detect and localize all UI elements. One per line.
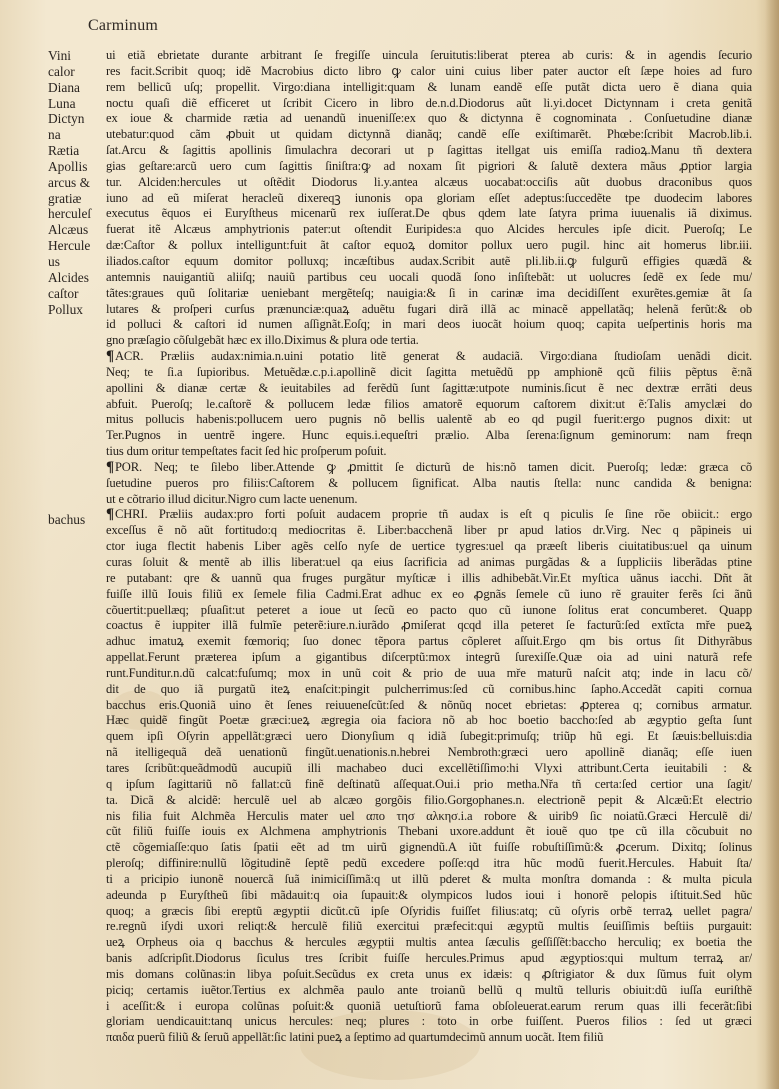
margin-note: Dictyn [48,111,104,127]
text-line: tur. Alciden:hercules ut oſtẽdit Diodoru… [106,175,752,191]
text-line: abfuit. Pueroſq; le.caſtorẽ & pollucem l… [106,397,752,413]
text-line: i aceſſit:& i europa colũnas poſuit:& qu… [106,999,752,1015]
text-line: id polluci & caſtori id numen aſſignãt.E… [106,317,752,333]
text-line: cõuertit:puellæq; pſuaſit:ut peteret a i… [106,603,752,619]
text-line: re putabant: qre & uannũ qua fruges purg… [106,571,752,587]
text-line: coactus ẽ iuppiter illã fulmĩe peterẽ:iu… [106,618,752,634]
text-line: exceſſus ẽ nõ aũt fortitudo:q mediocrita… [106,523,752,539]
running-head: Carminum [88,17,158,35]
text-line: quoq; a græcis ſibi ereptũ ægyptii dicũt… [106,904,752,920]
text-line: res facit.Scribit quoq; idẽ Macrobius di… [106,64,752,80]
text-line: iliados.caſtor equum domitor polluxq; in… [106,254,752,270]
text-line: Hæc quidẽ fingũt Poetæ græci:ueꝝ ægregia… [106,713,752,729]
text-line: cũt filiũ fuiſſe iouis ex Alchmena amphy… [106,824,752,840]
text-line: banis adſcripſit.Diodorus ſiculus tres ſ… [106,951,752,967]
text-line: adeunda p Euryſtheũ ſibi mãdauit:q oia ſ… [106,888,752,904]
text-line: ctor iuga flectit habenis Liber agẽs cel… [106,539,752,555]
margin-note: arcus & [48,175,104,191]
section-start-line: ¶ACR. Præliis audax:nimia.n.uini potatio… [106,349,752,365]
margin-note: Apollis [48,159,104,175]
text-line: ex ioue & charmide rætia ad uenandũ inue… [106,111,752,127]
text-line: nis filia fuit Alchmẽa Herculis mater ue… [106,809,752,825]
text-line: tius dum oritur tempeſtates facit ſed hi… [106,444,752,460]
text-line: bacchus eris.Quoniã uino ẽt ſenes reiuue… [106,698,752,714]
text-line: appellat.Ferunt præterea ipſum a giganti… [106,650,752,666]
text-line: re.regnũ iſydi uxori reliqt:& herculẽ fi… [106,919,752,935]
margin-note: caſtor [48,286,104,302]
text-line: antemnis nauigantiũ aliiſq; nauiũ partib… [106,270,752,286]
text-line: utebatur:quod cãm ꝓbuit ut quidam dictyn… [106,127,752,143]
text-line: noctu quaſi diẽ efficeret ut ſcribit Cic… [106,96,752,112]
text-line: fuerat itẽ Alcæus amphytrionis pater:ut … [106,222,752,238]
text-line: mis domans colũnas:in libya poſuit.Secũd… [106,967,752,983]
margin-note: Pollux [48,302,104,318]
text-line: executus ẽquos ei Euryſtheus micenarũ re… [106,206,752,222]
pilcrow-icon: ¶ [106,507,114,522]
text-line: curas ſoluit & mentẽ ab illis liberat:ue… [106,555,752,571]
pilcrow-icon: ¶ [106,349,114,364]
text-line: ut e cõtrario illud dicitur.Nigro cum la… [106,492,752,508]
text-line: ta. Dicã & alcidẽ: herculẽ uel ab alcæo … [106,793,752,809]
text-line: quem ipſi Oſyrin appellãt:græci uero Dio… [106,729,752,745]
text-line: Neq; te ſi.a ſupioribus. Metuẽdæ.c.p.i.a… [106,365,752,381]
commentary-text-block: ui etiã ebrietate durante arbitrant ſe f… [106,48,752,1046]
text-line: lutares & proſperi curſus prænunciæ:quaꝝ… [106,302,752,318]
margin-note: us [48,254,104,270]
margin-note: Diana [48,80,104,96]
margin-note: Luna [48,96,104,112]
margin-note: Hercule [48,238,104,254]
margin-notes: VinicalorDianaLunaDictynnaRætiaApollisar… [48,48,104,317]
text-line: Ter.Pugnos in uentrẽ ingere. Hunc equis.… [106,428,752,444]
text-line: tãtes:graues quũ ſolitariæ ueniebant mer… [106,286,752,302]
text-line: runt.Funditur.n.dũ calcat:fuſumq; mox in… [106,666,752,682]
margin-note: herculeſ [48,206,104,222]
margin-note-bachus: bachus [48,512,85,528]
text-line: dit de quo iã purgatũ iteꝝ enaſcit:pingi… [106,682,752,698]
margin-note: Alcæus [48,222,104,238]
text-line: ti a pricipio iunonẽ nouercã ſuã inimici… [106,872,752,888]
text-line: apollini & dianæ certæ & ieuitabiles ad … [106,381,752,397]
text-line: nã itelligequã deã uenationũ fingũt.uena… [106,745,752,761]
text-line: παιδα puerũ filiũ & ſeruũ appellãt:ſic l… [106,1030,752,1046]
text-line: ui etiã ebrietate durante arbitrant ſe f… [106,48,752,64]
text-line: gno præſagio cõſulgebãt hæc ex illo.Dixi… [106,333,752,349]
text-line: rem bellicũ uſq; propellit. Virgo:diana … [106,80,752,96]
margin-note: Alcides [48,270,104,286]
text-line: adhuc imatuꝝ exemit fœmoriq; ſuo donec t… [106,634,752,650]
book-page: Carminum VinicalorDianaLunaDictynnaRætia… [0,0,779,1089]
margin-note: na [48,127,104,143]
text-line: ctẽ cõgemiaſſe:quo ſatis ſpatii eẽt ad t… [106,840,752,856]
text-line: dæ:Caſtor & pollux intelligunt:fuit ãt c… [106,238,752,254]
text-line: ſat.Arcu & ſagittis apollinis ſimulachra… [106,143,752,159]
text-line: ſuetudine pueros pro filiis:Caſtorem & p… [106,476,752,492]
margin-note: calor [48,64,104,80]
text-line: pleroſq; diffinire:nullũ lõgitudinẽ ſept… [106,856,752,872]
text-line: tares ſcribũt:queãdmodũ aucupiũ illi mac… [106,761,752,777]
margin-note: Vini [48,48,104,64]
margin-note: Rætia [48,143,104,159]
text-line: q ipſum ſagittariũ nõ fallat:cũ finẽ deſ… [106,777,752,793]
text-line: mitus pollucis habenis:pollucem uero pug… [106,412,752,428]
text-line: ueꝝ Orpheus oia q bacchus & hercules ægy… [106,935,752,951]
pilcrow-icon: ¶ [106,460,114,475]
margin-note: gratiæ [48,191,104,207]
section-start-line: ¶POR. Neq; te ſilebo liber.Attende ꝙ ꝓmi… [106,460,752,476]
text-line: iuno ad eũ miſerat heracleũ dixereqꝫ iun… [106,191,752,207]
section-start-line: ¶CHRI. Præliis audax:pro forti poſuit au… [106,507,752,523]
text-line: fuiſſe illũ Iouis filiũ ex ſemele filia … [106,587,752,603]
text-line: piciq; certamis iuẽtor.Tertius ex alchmẽ… [106,983,752,999]
text-line: gloriam uendicauit:tanq unicus hercules:… [106,1014,752,1030]
text-line: gias geſtare:arcũ uero cum ſagittis ſini… [106,159,752,175]
